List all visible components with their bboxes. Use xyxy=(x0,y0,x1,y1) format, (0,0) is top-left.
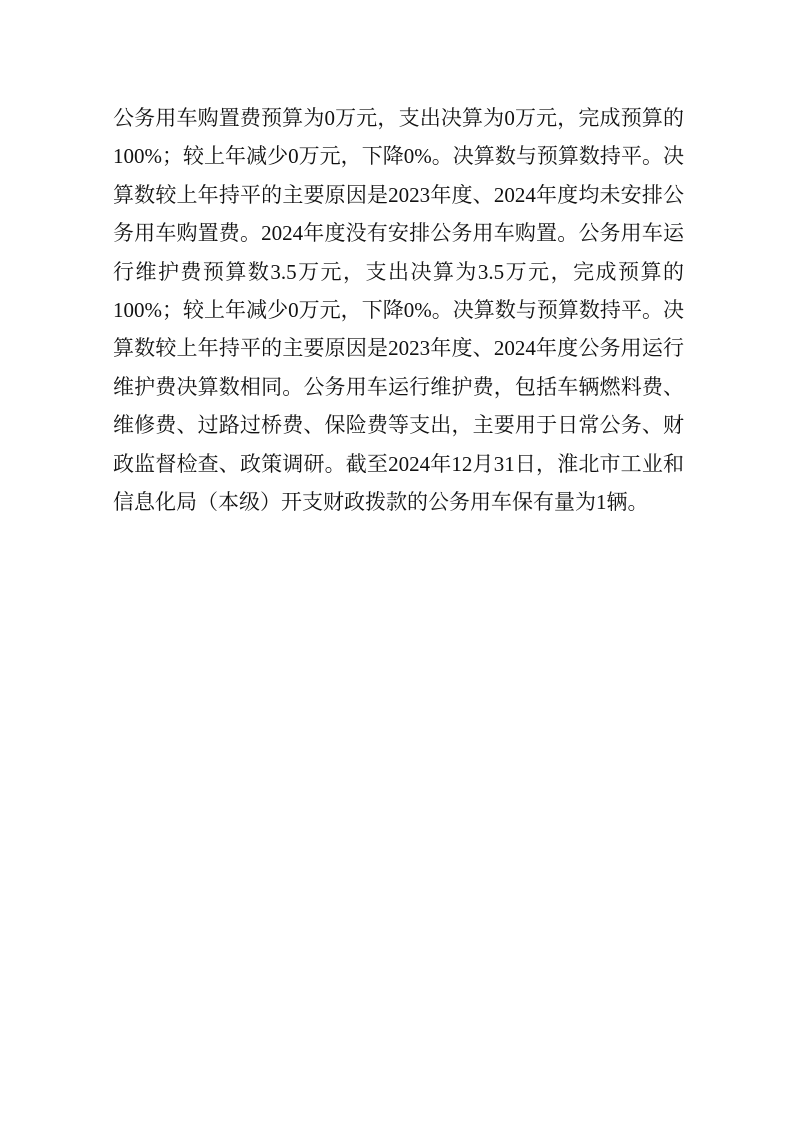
paragraph-line: 算数较上年持平的主要原因是2023年度、2024年度公务用运行 xyxy=(113,329,684,367)
paragraph-line: 维修费、过路过桥费、保险费等支出，主要用于日常公务、财 xyxy=(113,406,684,444)
paragraph-line-last: 信息化局（本级）开支财政拨款的公务用车保有量为1辆。 xyxy=(113,483,684,521)
paragraph-line: 政监督检查、政策调研。截至2024年12月31日，淮北市工业和 xyxy=(113,445,684,483)
paragraph-line: 100%；较上年减少0万元，下降0%。决算数与预算数持平。决 xyxy=(113,291,684,329)
paragraph-line: 100%；较上年减少0万元，下降0%。决算数与预算数持平。决 xyxy=(113,137,684,175)
paragraph-line: 维护费决算数相同。公务用车运行维护费，包括车辆燃料费、 xyxy=(113,368,684,406)
paragraph-line: 务用车购置费。2024年度没有安排公务用车购置。公务用车运 xyxy=(113,214,684,252)
paragraph-line: 算数较上年持平的主要原因是2023年度、2024年度均未安排公 xyxy=(113,176,684,214)
document-page: 公务用车购置费预算为0万元，支出决算为0万元，完成预算的 100%；较上年减少0… xyxy=(0,0,794,1122)
paragraph-line: 公务用车购置费预算为0万元，支出决算为0万元，完成预算的 xyxy=(113,99,684,137)
body-paragraph: 公务用车购置费预算为0万元，支出决算为0万元，完成预算的 100%；较上年减少0… xyxy=(113,99,684,521)
paragraph-line: 行维护费预算数3.5万元，支出决算为3.5万元，完成预算的 xyxy=(113,253,684,291)
